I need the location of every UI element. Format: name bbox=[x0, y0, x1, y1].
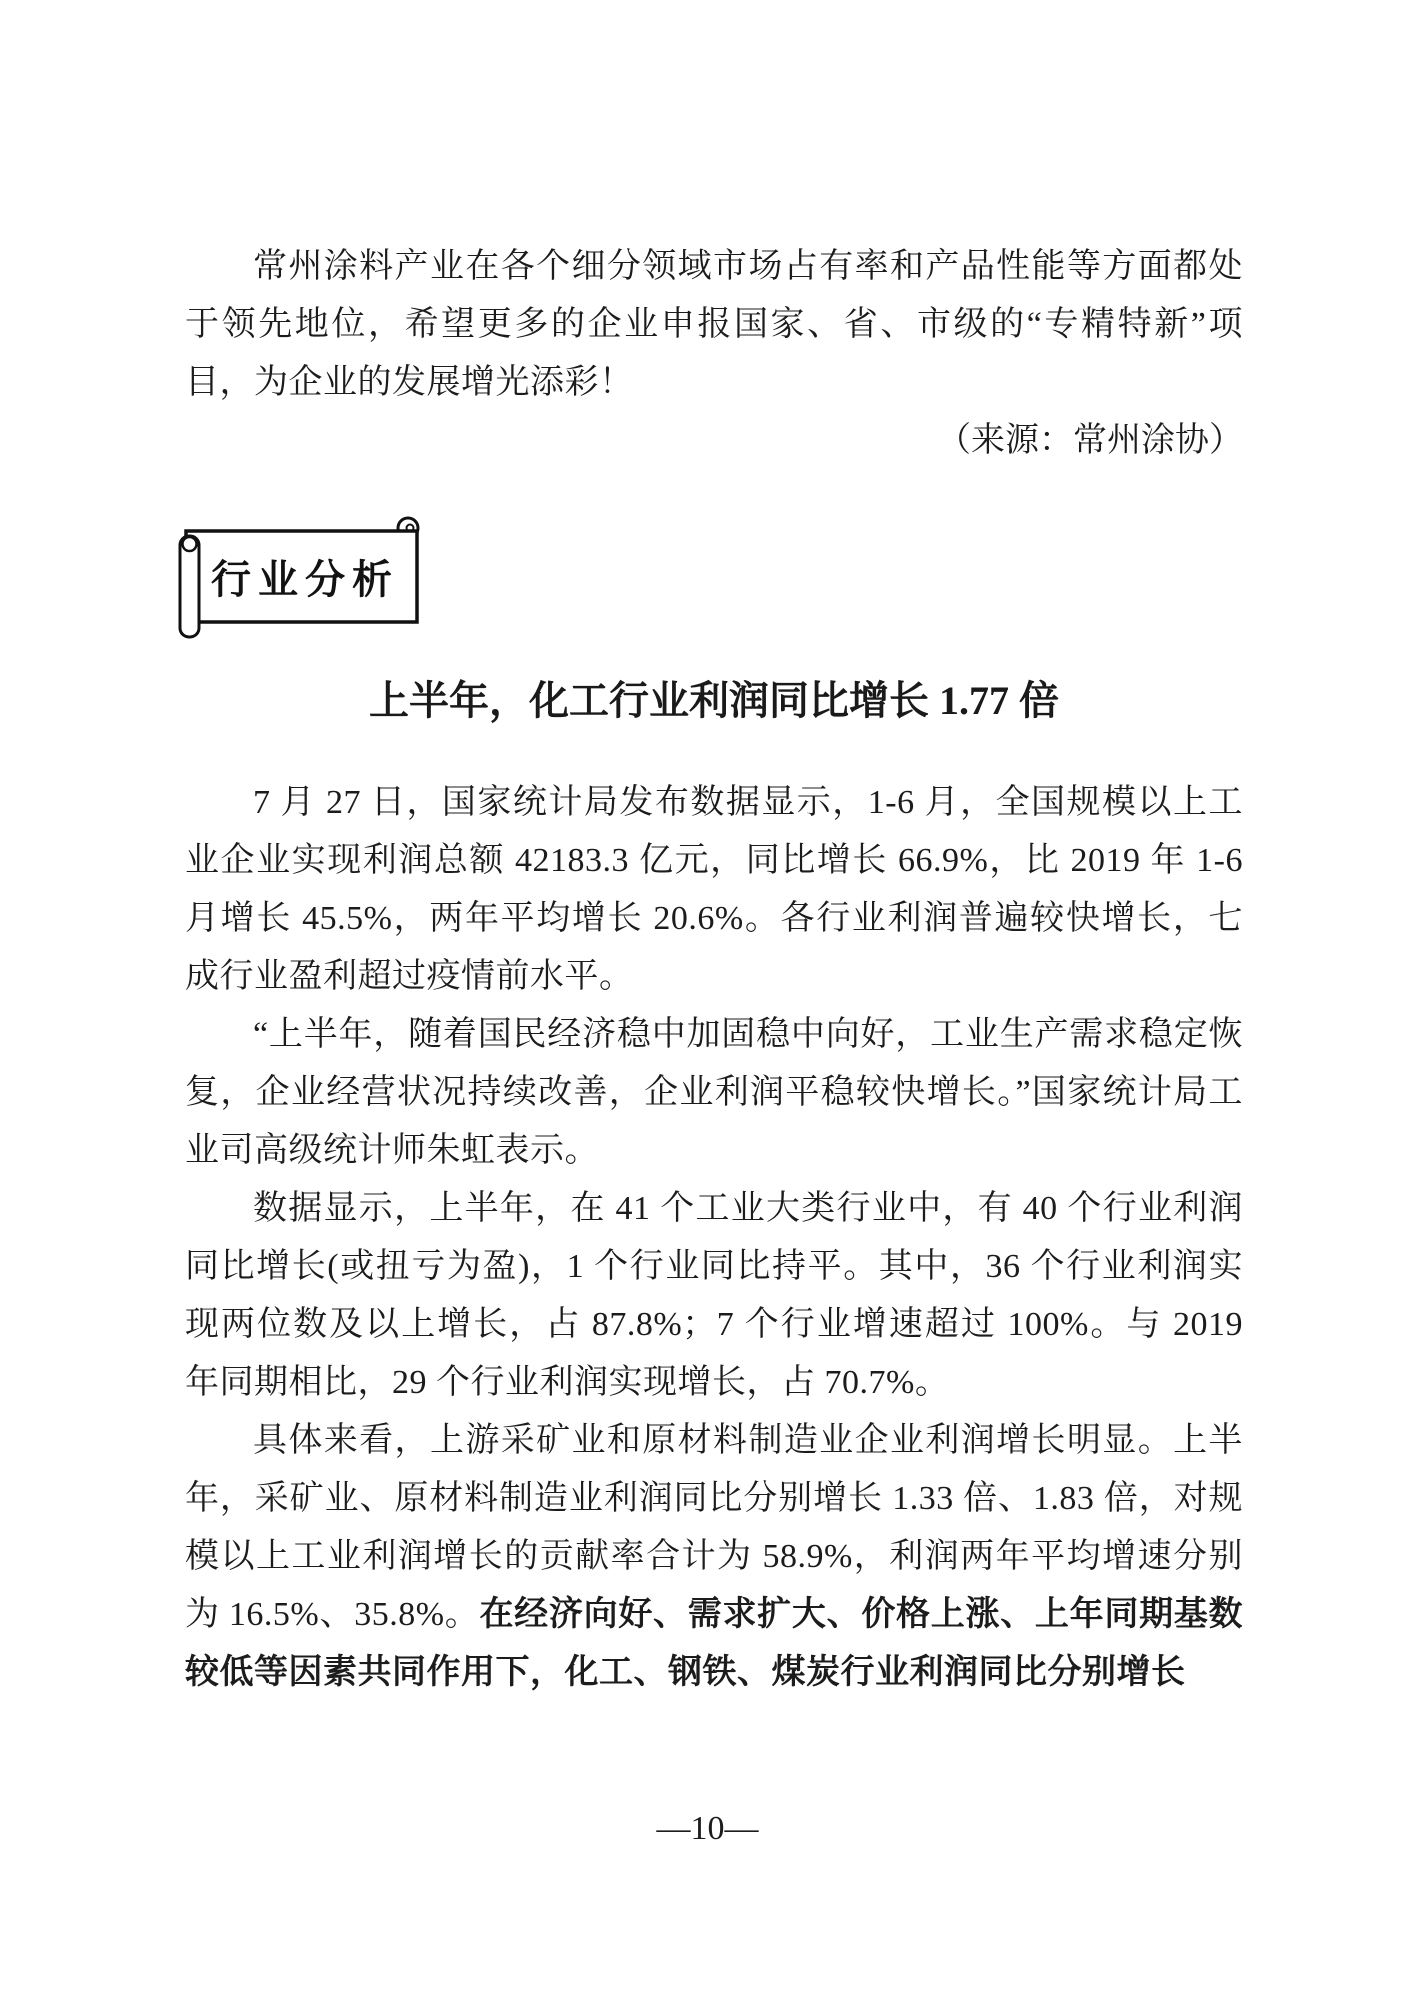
source-attribution: （来源：常州涂协） bbox=[185, 412, 1243, 470]
body-paragraph-1: 7 月 27 日，国家统计局发布数据显示，1-6 月，全国规模以上工业企业实现利… bbox=[185, 774, 1243, 1006]
intro-section: 常州涂料产业在各个细分领域市场占有率和产品性能等方面都处于领先地位，希望更多的企… bbox=[185, 238, 1243, 412]
section-banner-label: 行业分析 bbox=[186, 531, 417, 622]
body-paragraph-3: 数据显示，上半年，在 41 个工业大类行业中，有 40 个行业利润同比增长(或扭… bbox=[185, 1180, 1243, 1412]
section-banner: 行业分析 bbox=[172, 512, 432, 644]
document-page: 常州涂料产业在各个细分领域市场占有率和产品性能等方面都处于领先地位，希望更多的企… bbox=[0, 0, 1415, 2000]
body-paragraph-4: 具体来看，上游采矿业和原材料制造业企业利润增长明显。上半年，采矿业、原材料制造业… bbox=[185, 1412, 1243, 1702]
article-body: 7 月 27 日，国家统计局发布数据显示，1-6 月，全国规模以上工业企业实现利… bbox=[185, 774, 1243, 1702]
intro-paragraph: 常州涂料产业在各个细分领域市场占有率和产品性能等方面都处于领先地位，希望更多的企… bbox=[185, 238, 1243, 412]
body-paragraph-2: “上半年，随着国民经济稳中加固稳中向好，工业生产需求稳定恢复，企业经营状况持续改… bbox=[185, 1006, 1243, 1180]
article-title: 上半年，化工行业利润同比增长 1.77 倍 bbox=[185, 672, 1243, 730]
page-number: —10— bbox=[0, 1800, 1415, 1858]
